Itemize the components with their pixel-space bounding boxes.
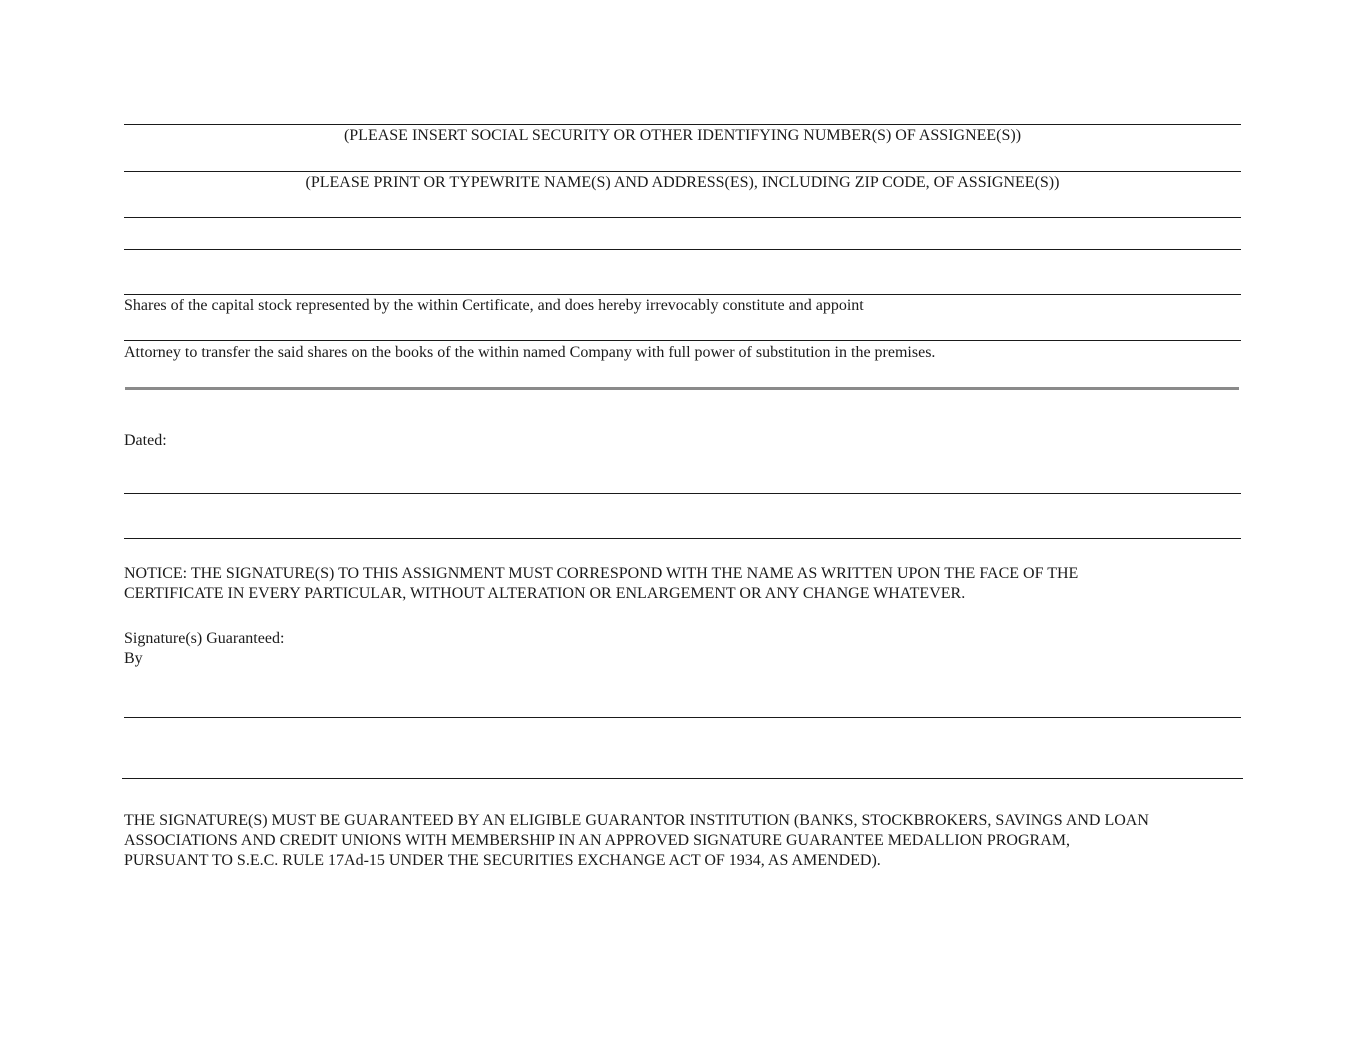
dated-label: Dated: [124, 431, 167, 451]
signature-field-line[interactable] [124, 538, 1241, 539]
section-divider [125, 387, 1239, 390]
by-label: By [124, 649, 143, 669]
guarantor-name-line[interactable] [122, 778, 1243, 779]
shares-text: Shares of the capital stock represented … [124, 296, 864, 316]
attorney-text: Attorney to transfer the said shares on … [124, 343, 935, 363]
notice-line-1: NOTICE: THE SIGNATURE(S) TO THIS ASSIGNM… [124, 564, 1078, 584]
attorney-field-line[interactable] [124, 340, 1241, 341]
guarantor-signature-line[interactable] [124, 717, 1241, 718]
name-address-caption: (PLEASE PRINT OR TYPEWRITE NAME(S) AND A… [124, 173, 1241, 193]
signature-guaranteed-label: Signature(s) Guaranteed: [124, 629, 284, 649]
guarantor-notice-line-1: THE SIGNATURE(S) MUST BE GUARANTEED BY A… [124, 811, 1149, 831]
shares-field-line[interactable] [124, 294, 1241, 295]
guarantor-notice-line-2: ASSOCIATIONS AND CREDIT UNIONS WITH MEMB… [124, 831, 1070, 851]
ssn-caption: (PLEASE INSERT SOCIAL SECURITY OR OTHER … [124, 126, 1241, 146]
guarantor-notice-line-3: PURSUANT TO S.E.C. RULE 17Ad-15 UNDER TH… [124, 851, 881, 871]
name-field-line[interactable] [124, 171, 1241, 172]
address-line-1[interactable] [124, 217, 1241, 218]
date-field-line[interactable] [124, 493, 1241, 494]
address-line-2[interactable] [124, 249, 1241, 250]
notice-line-2: CERTIFICATE IN EVERY PARTICULAR, WITHOUT… [124, 584, 965, 604]
ssn-field-line[interactable] [124, 124, 1241, 125]
